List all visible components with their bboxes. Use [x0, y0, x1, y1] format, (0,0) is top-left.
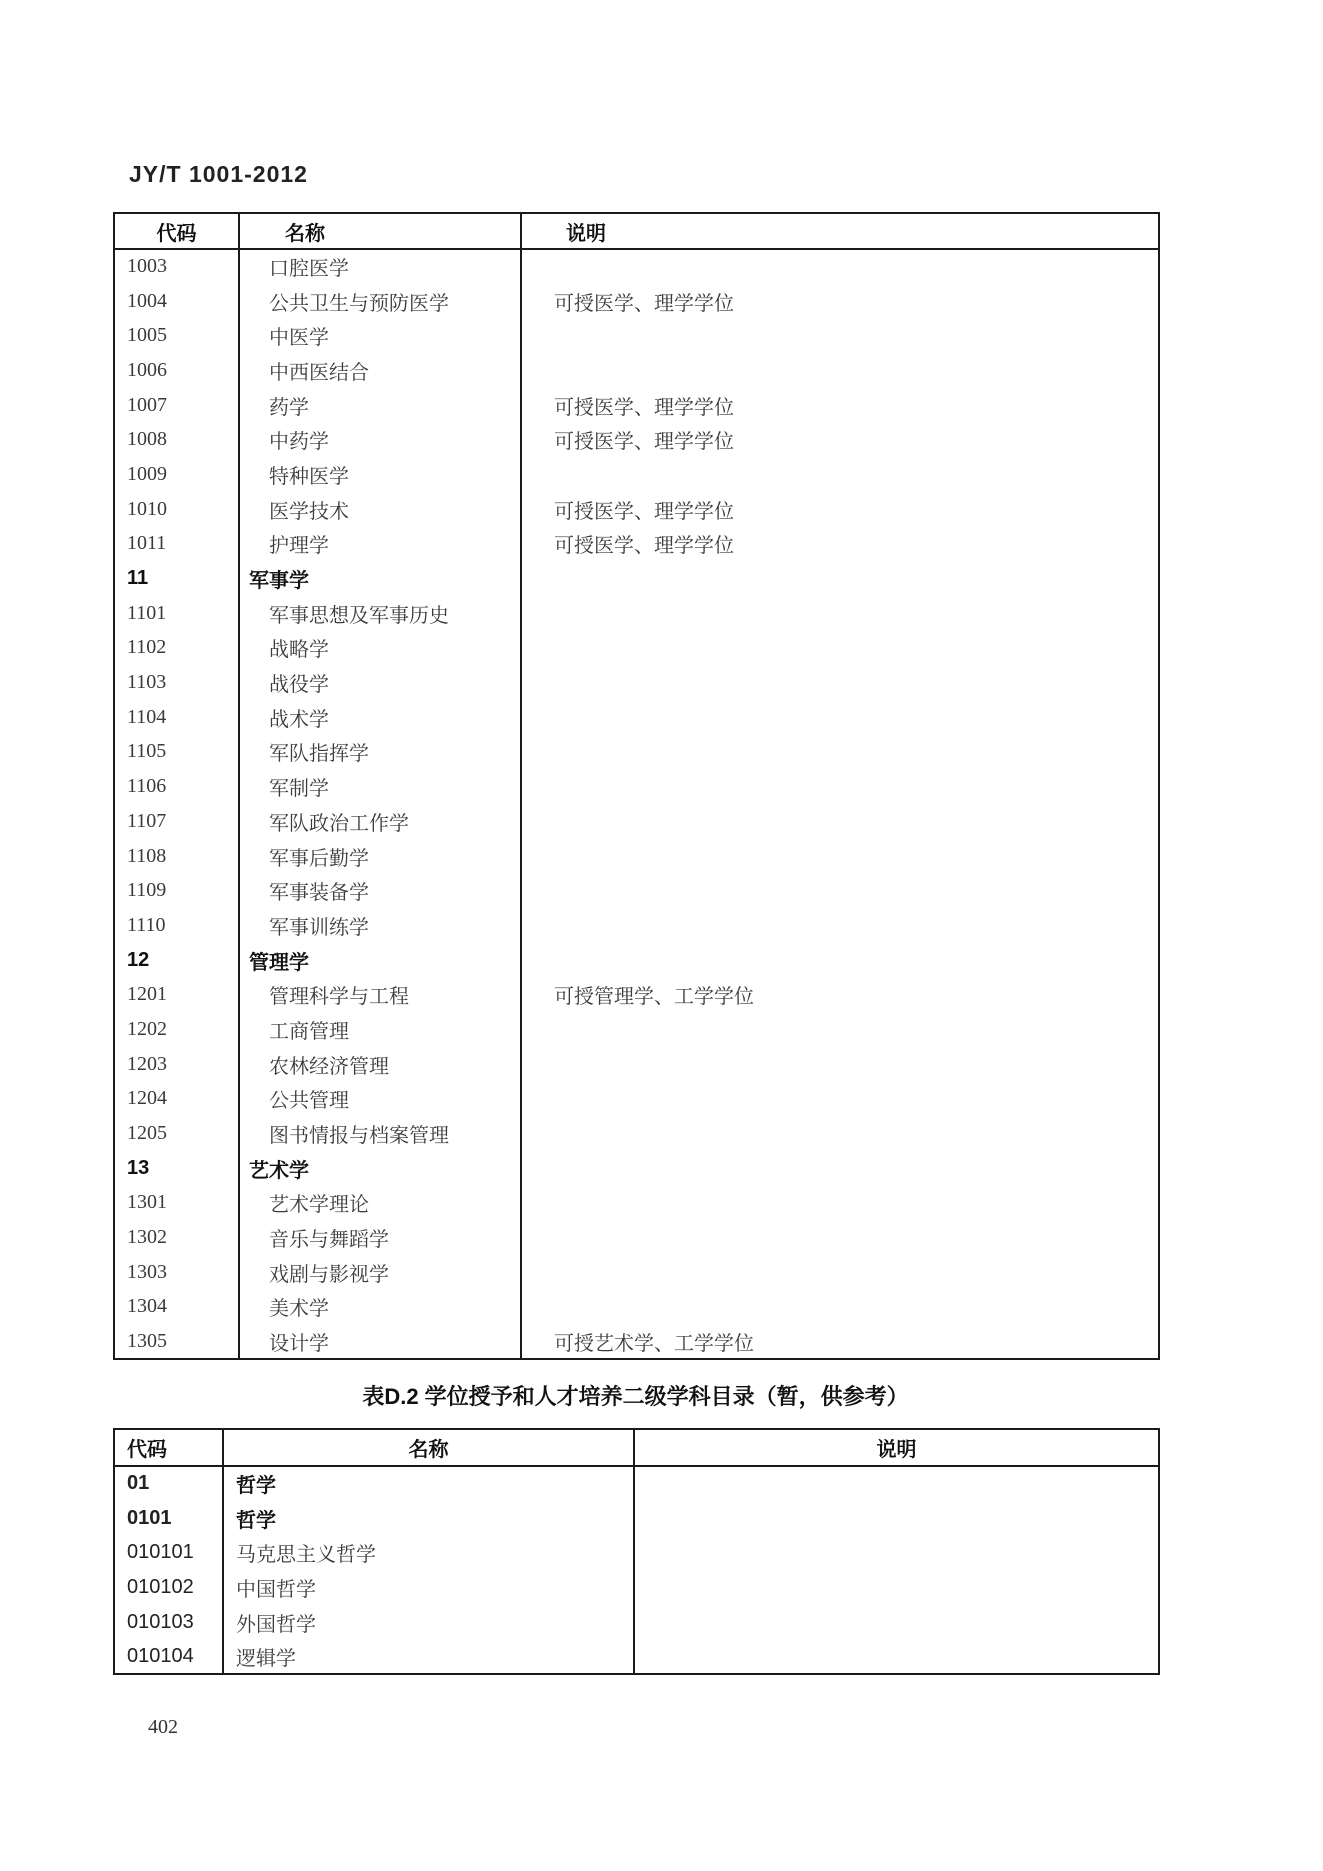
table-body: 01 哲学 0101 哲学 010101 马克思主义哲学 010102 中国哲学…	[114, 1466, 1159, 1674]
table-row: 1108 军事后勤学	[114, 839, 1159, 874]
note-cell: 可授医学、理学学位	[521, 388, 1159, 423]
note-cell	[521, 1047, 1159, 1082]
note-cell	[521, 700, 1159, 735]
note-cell	[521, 457, 1159, 492]
table-row: 1105 军队指挥学	[114, 735, 1159, 770]
table-row: 1011 护理学 可授医学、理学学位	[114, 527, 1159, 562]
code-cell: 1004	[114, 284, 239, 319]
code-cell: 1011	[114, 527, 239, 562]
code-cell: 010103	[114, 1605, 223, 1640]
table-row: 1008 中药学 可授医学、理学学位	[114, 422, 1159, 457]
name-cell: 军事训练学	[239, 908, 521, 943]
note-cell	[521, 804, 1159, 839]
note-cell	[521, 1012, 1159, 1047]
code-cell: 1108	[114, 839, 239, 874]
name-cell: 公共卫生与预防医学	[239, 284, 521, 319]
note-cell	[521, 665, 1159, 700]
table-row: 1302 音乐与舞蹈学	[114, 1220, 1159, 1255]
name-cell: 工商管理	[239, 1012, 521, 1047]
table-row: 1101 军事思想及军事历史	[114, 596, 1159, 631]
level2-discipline-table: 代码 名称 说明 01 哲学 0101 哲学 010101 马克思主义哲学 01…	[113, 1428, 1160, 1675]
table-header-row: 代码 名称 说明	[114, 1429, 1159, 1466]
note-cell	[634, 1605, 1159, 1640]
table-row: 1202 工商管理	[114, 1012, 1159, 1047]
table-header-row: 代码 名称 说明	[114, 213, 1159, 249]
name-cell: 军队政治工作学	[239, 804, 521, 839]
code-cell: 1110	[114, 908, 239, 943]
column-header-name: 名称	[223, 1429, 634, 1466]
note-cell	[634, 1501, 1159, 1536]
name-cell: 军事后勤学	[239, 839, 521, 874]
code-cell: 1008	[114, 422, 239, 457]
table-row: 1203 农林经济管理	[114, 1047, 1159, 1082]
name-cell: 图书情报与档案管理	[239, 1116, 521, 1151]
table-row: 1104 战术学	[114, 700, 1159, 735]
table-row: 12 管理学	[114, 943, 1159, 978]
name-cell: 军事装备学	[239, 873, 521, 908]
code-cell: 1204	[114, 1082, 239, 1117]
note-cell: 可授管理学、工学学位	[521, 977, 1159, 1012]
table-row: 13 艺术学	[114, 1151, 1159, 1186]
table-row: 1303 戏剧与影视学	[114, 1255, 1159, 1290]
table-row: 1102 战略学	[114, 631, 1159, 666]
table-d2-caption: 表D.2 学位授予和人才培养二级学科目录（暂，供参考）	[113, 1380, 1158, 1411]
table-row: 1110 军事训练学	[114, 908, 1159, 943]
note-cell	[521, 1255, 1159, 1290]
table-row: 1201 管理科学与工程 可授管理学、工学学位	[114, 977, 1159, 1012]
name-cell: 外国哲学	[223, 1605, 634, 1640]
note-cell	[521, 1290, 1159, 1325]
note-cell	[521, 1151, 1159, 1186]
name-cell: 逻辑学	[223, 1639, 634, 1674]
note-cell	[521, 353, 1159, 388]
code-cell: 1302	[114, 1220, 239, 1255]
code-cell: 1106	[114, 769, 239, 804]
note-cell	[521, 1116, 1159, 1151]
name-cell: 战役学	[239, 665, 521, 700]
code-cell: 010102	[114, 1570, 223, 1605]
code-cell: 010101	[114, 1535, 223, 1570]
note-cell	[521, 1082, 1159, 1117]
table-row: 1106 军制学	[114, 769, 1159, 804]
name-cell: 军事学	[239, 561, 521, 596]
code-cell: 1203	[114, 1047, 239, 1082]
table-body: 1003 口腔医学 1004 公共卫生与预防医学 可授医学、理学学位 1005 …	[114, 249, 1159, 1359]
code-cell: 1102	[114, 631, 239, 666]
note-cell	[521, 318, 1159, 353]
table-row: 1204 公共管理	[114, 1082, 1159, 1117]
name-cell: 戏剧与影视学	[239, 1255, 521, 1290]
table-row: 1103 战役学	[114, 665, 1159, 700]
name-cell: 艺术学	[239, 1151, 521, 1186]
name-cell: 战略学	[239, 631, 521, 666]
code-cell: 1301	[114, 1186, 239, 1221]
code-cell: 1010	[114, 492, 239, 527]
table-row: 1009 特种医学	[114, 457, 1159, 492]
code-cell: 1007	[114, 388, 239, 423]
table-row: 1301 艺术学理论	[114, 1186, 1159, 1221]
name-cell: 哲学	[223, 1466, 634, 1501]
code-cell: 1303	[114, 1255, 239, 1290]
name-cell: 管理学	[239, 943, 521, 978]
note-cell: 可授医学、理学学位	[521, 527, 1159, 562]
table-row: 010101 马克思主义哲学	[114, 1535, 1159, 1570]
name-cell: 军事思想及军事历史	[239, 596, 521, 631]
table-row: 11 军事学	[114, 561, 1159, 596]
note-cell	[521, 735, 1159, 770]
name-cell: 中医学	[239, 318, 521, 353]
column-header-code: 代码	[114, 213, 239, 249]
name-cell: 管理科学与工程	[239, 977, 521, 1012]
name-cell: 艺术学理论	[239, 1186, 521, 1221]
name-cell: 军队指挥学	[239, 735, 521, 770]
name-cell: 医学技术	[239, 492, 521, 527]
note-cell	[521, 631, 1159, 666]
page-title: JY/T 1001-2012	[129, 161, 308, 188]
table-row: 1004 公共卫生与预防医学 可授医学、理学学位	[114, 284, 1159, 319]
note-cell	[521, 839, 1159, 874]
table-row: 010102 中国哲学	[114, 1570, 1159, 1605]
note-cell	[521, 249, 1159, 284]
name-cell: 公共管理	[239, 1082, 521, 1117]
name-cell: 哲学	[223, 1501, 634, 1536]
note-cell: 可授医学、理学学位	[521, 492, 1159, 527]
table-row: 010103 外国哲学	[114, 1605, 1159, 1640]
code-cell: 1103	[114, 665, 239, 700]
name-cell: 战术学	[239, 700, 521, 735]
table-row: 1304 美术学	[114, 1290, 1159, 1325]
note-cell	[634, 1466, 1159, 1501]
name-cell: 音乐与舞蹈学	[239, 1220, 521, 1255]
note-cell	[634, 1639, 1159, 1674]
note-cell	[521, 1220, 1159, 1255]
name-cell: 特种医学	[239, 457, 521, 492]
name-cell: 美术学	[239, 1290, 521, 1325]
column-header-note: 说明	[521, 213, 1159, 249]
note-cell	[521, 769, 1159, 804]
code-cell: 12	[114, 943, 239, 978]
code-cell: 010104	[114, 1639, 223, 1674]
name-cell: 马克思主义哲学	[223, 1535, 634, 1570]
code-cell: 1109	[114, 873, 239, 908]
note-cell	[521, 873, 1159, 908]
note-cell	[634, 1535, 1159, 1570]
code-cell: 1005	[114, 318, 239, 353]
table-row: 1006 中西医结合	[114, 353, 1159, 388]
table-row: 1305 设计学 可授艺术学、工学学位	[114, 1324, 1159, 1359]
note-cell	[521, 561, 1159, 596]
table-row: 1010 医学技术 可授医学、理学学位	[114, 492, 1159, 527]
note-cell	[521, 596, 1159, 631]
name-cell: 农林经济管理	[239, 1047, 521, 1082]
code-cell: 1003	[114, 249, 239, 284]
code-cell: 1009	[114, 457, 239, 492]
column-header-code: 代码	[114, 1429, 223, 1466]
code-cell: 1305	[114, 1324, 239, 1359]
column-header-name: 名称	[239, 213, 521, 249]
page-number: 402	[148, 1716, 178, 1739]
note-cell: 可授医学、理学学位	[521, 284, 1159, 319]
table-row: 01 哲学	[114, 1466, 1159, 1501]
name-cell: 设计学	[239, 1324, 521, 1359]
column-header-note: 说明	[634, 1429, 1159, 1466]
table-row: 0101 哲学	[114, 1501, 1159, 1536]
table-row: 1205 图书情报与档案管理	[114, 1116, 1159, 1151]
table-row: 010104 逻辑学	[114, 1639, 1159, 1674]
code-cell: 1201	[114, 977, 239, 1012]
note-cell: 可授医学、理学学位	[521, 422, 1159, 457]
table-row: 1107 军队政治工作学	[114, 804, 1159, 839]
code-cell: 1202	[114, 1012, 239, 1047]
code-cell: 0101	[114, 1501, 223, 1536]
code-cell: 1006	[114, 353, 239, 388]
name-cell: 中国哲学	[223, 1570, 634, 1605]
level1-discipline-table: 代码 名称 说明 1003 口腔医学 1004 公共卫生与预防医学 可授医学、理…	[113, 212, 1160, 1360]
table-row: 1109 军事装备学	[114, 873, 1159, 908]
note-cell	[521, 1186, 1159, 1221]
note-cell	[634, 1570, 1159, 1605]
note-cell: 可授艺术学、工学学位	[521, 1324, 1159, 1359]
code-cell: 1101	[114, 596, 239, 631]
table-row: 1003 口腔医学	[114, 249, 1159, 284]
table-row: 1005 中医学	[114, 318, 1159, 353]
document-page: JY/T 1001-2012 代码 名称 说明 1003 口腔医学 1004 公…	[0, 0, 1323, 1871]
code-cell: 1304	[114, 1290, 239, 1325]
code-cell: 13	[114, 1151, 239, 1186]
code-cell: 1107	[114, 804, 239, 839]
name-cell: 中药学	[239, 422, 521, 457]
code-cell: 01	[114, 1466, 223, 1501]
code-cell: 1104	[114, 700, 239, 735]
note-cell	[521, 943, 1159, 978]
code-cell: 1105	[114, 735, 239, 770]
table-row: 1007 药学 可授医学、理学学位	[114, 388, 1159, 423]
name-cell: 药学	[239, 388, 521, 423]
code-cell: 11	[114, 561, 239, 596]
note-cell	[521, 908, 1159, 943]
name-cell: 护理学	[239, 527, 521, 562]
name-cell: 军制学	[239, 769, 521, 804]
name-cell: 中西医结合	[239, 353, 521, 388]
code-cell: 1205	[114, 1116, 239, 1151]
name-cell: 口腔医学	[239, 249, 521, 284]
